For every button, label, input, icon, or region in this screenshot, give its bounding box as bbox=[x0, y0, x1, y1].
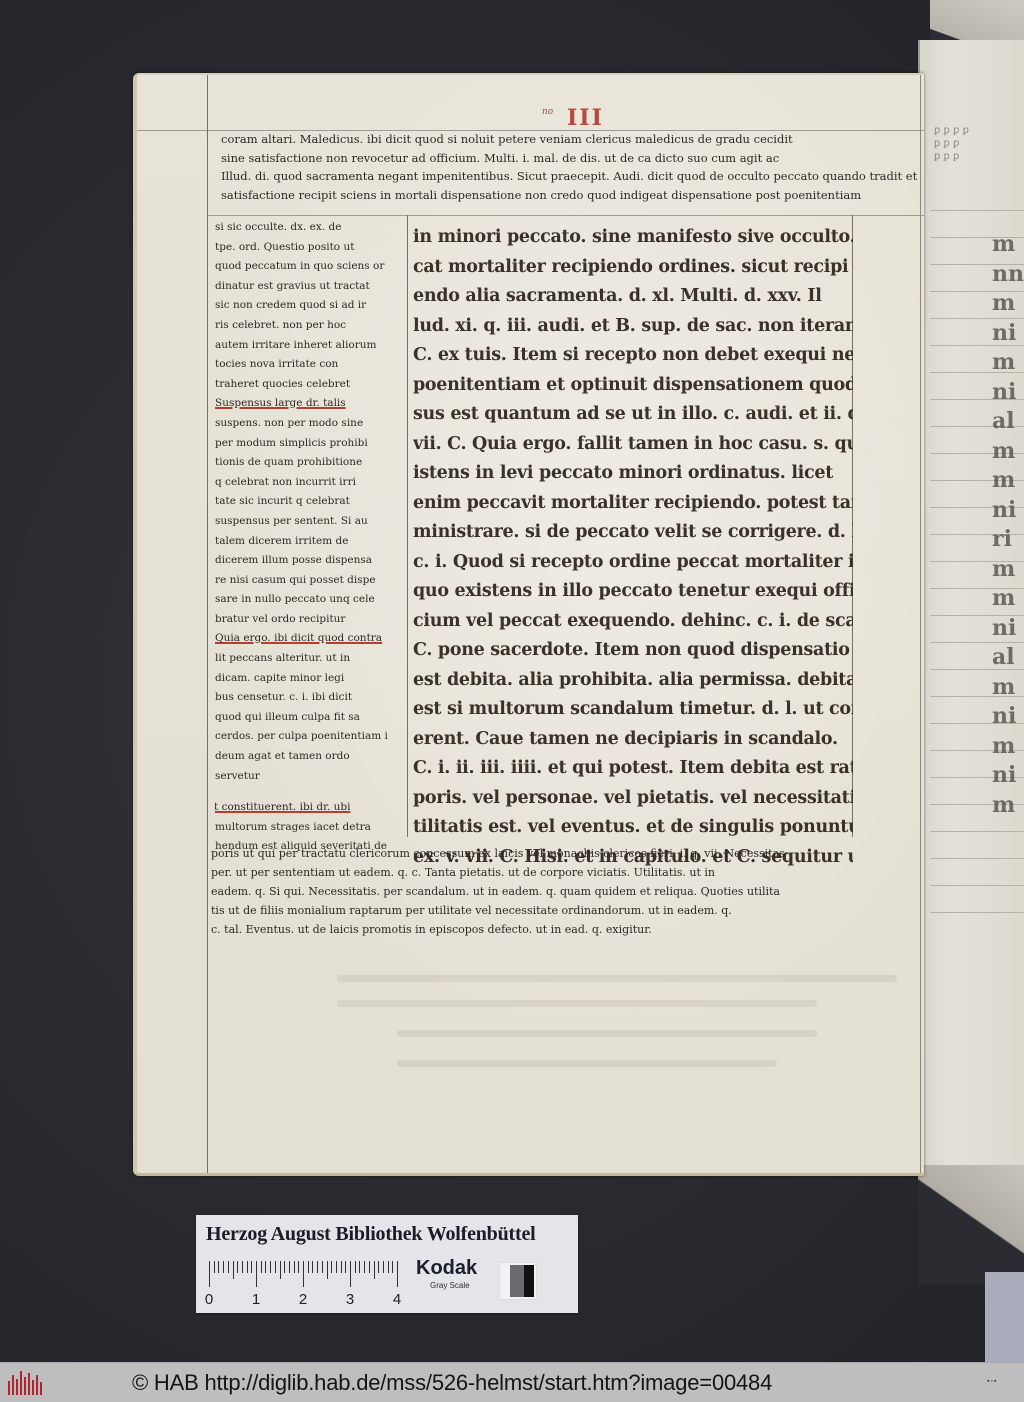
text-line: tilitatis est. vel eventus. et de singul… bbox=[413, 813, 853, 843]
facing-page-bottom-edge bbox=[918, 1165, 1024, 1285]
gloss-line: suspens. non per modo sine bbox=[215, 414, 411, 434]
scale-label: 2 bbox=[299, 1291, 307, 1308]
text-line: poris. vel personae. vel pietatis. vel n… bbox=[413, 784, 853, 814]
gloss-line-rubric: Quia ergo. ibi dicit quod contra bbox=[215, 629, 411, 649]
gloss-line: tpe. ord. Questio posito ut bbox=[215, 238, 411, 258]
gloss-line: dicam. capite minor legi bbox=[215, 669, 411, 689]
gloss-line: ris celebret. non per hoc bbox=[215, 316, 411, 336]
gloss-line: sare in nullo peccato unq cele bbox=[215, 590, 411, 610]
gloss-line: per modum simplicis prohibi bbox=[215, 434, 411, 454]
gloss-line: c. tal. Eventus. ut de laicis promotis i… bbox=[211, 920, 911, 939]
secondary-reference-card bbox=[985, 1272, 1024, 1362]
scale-label: 4 bbox=[393, 1291, 401, 1308]
kodak-brand: Kodak bbox=[416, 1257, 477, 1280]
gloss-line: servetur bbox=[215, 767, 411, 787]
text-line: sus est quantum ad se ut in illo. c. aud… bbox=[413, 400, 853, 430]
grayscale-patch bbox=[499, 1262, 537, 1300]
show-through bbox=[337, 1000, 817, 1007]
gloss-line: traheret quocies celebret bbox=[215, 375, 411, 395]
gloss-line: talem dicerem irritem de bbox=[215, 532, 411, 552]
library-name: Herzog August Bibliothek Wolfenbüttel bbox=[206, 1223, 536, 1246]
gloss-line-initial: ⌐ Ut constituerent. ibi dr. ubi bbox=[215, 798, 411, 818]
text-line: istens in levi peccato minori ordinatus.… bbox=[413, 459, 853, 489]
reference-card: Herzog August Bibliothek Wolfenbüttel bbox=[196, 1215, 578, 1313]
hab-logo-icon bbox=[6, 1371, 42, 1395]
text-line: C. i. ii. iii. iiii. et qui potest. Item… bbox=[413, 754, 853, 784]
gloss-line: coram altari. Maledicus. ibi dicit quod … bbox=[221, 130, 921, 149]
text-line: c. i. Quod si recepto ordine peccat mort… bbox=[413, 548, 853, 578]
text-line: est debita. alia prohibita. alia permiss… bbox=[413, 666, 853, 696]
gloss-line: tis ut de filiis monialium raptarum per … bbox=[211, 901, 911, 920]
show-through bbox=[397, 1060, 777, 1067]
scale-label: 3 bbox=[346, 1291, 354, 1308]
text-line: in minori peccato. sine manifesto sive o… bbox=[413, 223, 853, 253]
footer-mark: ▪▫▪ bbox=[987, 1378, 997, 1385]
footer-bar: © HAB http://diglib.hab.de/mss/526-helms… bbox=[0, 1362, 1024, 1402]
text-line: quo existens in illo peccato tenetur exe… bbox=[413, 577, 853, 607]
text-line: erent. Caue tamen ne decipiaris in scand… bbox=[413, 725, 853, 755]
image-viewport: ꝑ ꝑ ꝑ ꝑꝑ ꝑ ꝑꝑ ꝑ ꝑ mnnmnimnialmmnirimmnia… bbox=[0, 0, 1024, 1362]
left-gloss: si sic occulte. dx. ex. de tpe. ord. Que… bbox=[215, 218, 411, 857]
copyright-link[interactable]: © HAB http://diglib.hab.de/mss/526-helms… bbox=[132, 1370, 772, 1396]
gloss-line: tate sic incurit q celebrat bbox=[215, 492, 411, 512]
ruling-line bbox=[207, 215, 924, 216]
gloss-line: poris ut qui per tractatu clericorum con… bbox=[211, 844, 911, 863]
gloss-line: si sic occulte. dx. ex. de bbox=[215, 218, 411, 238]
show-through bbox=[397, 1030, 817, 1037]
text-line: enim peccavit mortaliter recipiendo. pot… bbox=[413, 489, 853, 519]
gloss-line: tocies nova irritate con bbox=[215, 355, 411, 375]
gloss-line-rubric: Suspensus large dr. talis bbox=[215, 394, 411, 414]
gloss-line: satisfactione recipit sciens in mortali … bbox=[221, 186, 921, 205]
show-through bbox=[337, 975, 897, 982]
gloss-line: re nisi casum qui posset dispe bbox=[215, 571, 411, 591]
gloss-line: deum agat et tamen ordo bbox=[215, 747, 411, 767]
gloss-line: lit peccans alteritur. ut in bbox=[215, 649, 411, 669]
text-line: cium vel peccat exequendo. dehinc. c. i.… bbox=[413, 607, 853, 637]
bottom-gloss: poris ut qui per tractatu clericorum con… bbox=[211, 844, 911, 939]
gloss-line: dicerem illum posse dispensa bbox=[215, 551, 411, 571]
facing-page: ꝑ ꝑ ꝑ ꝑꝑ ꝑ ꝑꝑ ꝑ ꝑ mnnmnimnialmmnirimmnia… bbox=[918, 40, 1024, 1165]
gloss-line: autem irritare inheret aliorum bbox=[215, 336, 411, 356]
text-line: C. pone sacerdote. Item non quod dispens… bbox=[413, 636, 853, 666]
scale-label: 1 bbox=[252, 1291, 260, 1308]
facing-page-text: mnnmnimnialmmnirimmnialmnimnim bbox=[992, 230, 1024, 820]
gloss-line: bratur vel ordo recipitur bbox=[215, 610, 411, 630]
gloss-line: tionis de quam prohibitione bbox=[215, 453, 411, 473]
main-text-column: in minori peccato. sine manifesto sive o… bbox=[413, 223, 853, 872]
gloss-line: multorum strages iacet detra bbox=[215, 818, 411, 838]
margin-ruling bbox=[920, 75, 921, 1173]
text-line: C. ex tuis. Item si recepto non debet ex… bbox=[413, 341, 853, 371]
text-line: vii. C. Quia ergo. fallit tamen in hoc c… bbox=[413, 430, 853, 460]
facing-page-gloss: ꝑ ꝑ ꝑ ꝑꝑ ꝑ ꝑꝑ ꝑ ꝑ bbox=[934, 124, 969, 163]
text-line: ministrare. si de peccato velit se corri… bbox=[413, 518, 853, 548]
kodak-subtitle: Gray Scale bbox=[430, 1281, 470, 1290]
top-gloss: coram altari. Maledicus. ibi dicit quod … bbox=[221, 130, 921, 204]
gloss-line: suspensus per sentent. Si au bbox=[215, 512, 411, 532]
gloss-line: quod qui illeum culpa fit sa bbox=[215, 708, 411, 728]
gloss-line: sine satisfactione non revocetur ad offi… bbox=[221, 149, 921, 168]
gloss-line: eadem. q. Si qui. Necessitatis. per scan… bbox=[211, 882, 911, 901]
gloss-line: cerdos. per culpa poenitentiam i bbox=[215, 727, 411, 747]
text-line: endo alia sacramenta. d. xl. Multi. d. x… bbox=[413, 282, 853, 312]
text-line: est si multorum scandalum timetur. d. l.… bbox=[413, 695, 853, 725]
text-line: poenitentiam et optinuit dispensationem … bbox=[413, 371, 853, 401]
gloss-line: sic non credem quod si ad ir bbox=[215, 296, 411, 316]
gloss-line: bus censetur. c. i. ibi dicit bbox=[215, 688, 411, 708]
text-line: lud. xi. q. iii. audi. et B. sup. de sac… bbox=[413, 312, 853, 342]
gloss-line: q celebrat non incurrit irri bbox=[215, 473, 411, 493]
gloss-line: per. ut per sententiam ut eadem. q. c. T… bbox=[211, 863, 911, 882]
gloss-line: quod peccatum in quo sciens or bbox=[215, 257, 411, 277]
margin-ruling bbox=[207, 75, 208, 1173]
manuscript-page: no III coram altari. Maledicus. ibi dici… bbox=[133, 73, 924, 1176]
scale-label: 0 bbox=[205, 1291, 213, 1308]
gloss-line: dinatur est gravius ut tractat bbox=[215, 277, 411, 297]
folio-number: III bbox=[567, 105, 604, 131]
text-line: cat mortaliter recipiendo ordines. sicut… bbox=[413, 253, 853, 283]
folio-note: no bbox=[542, 107, 553, 117]
scale-ruler: 0 1 2 3 4 bbox=[209, 1261, 399, 1289]
gloss-line: Illud. di. quod sacramenta negant impeni… bbox=[221, 167, 921, 186]
